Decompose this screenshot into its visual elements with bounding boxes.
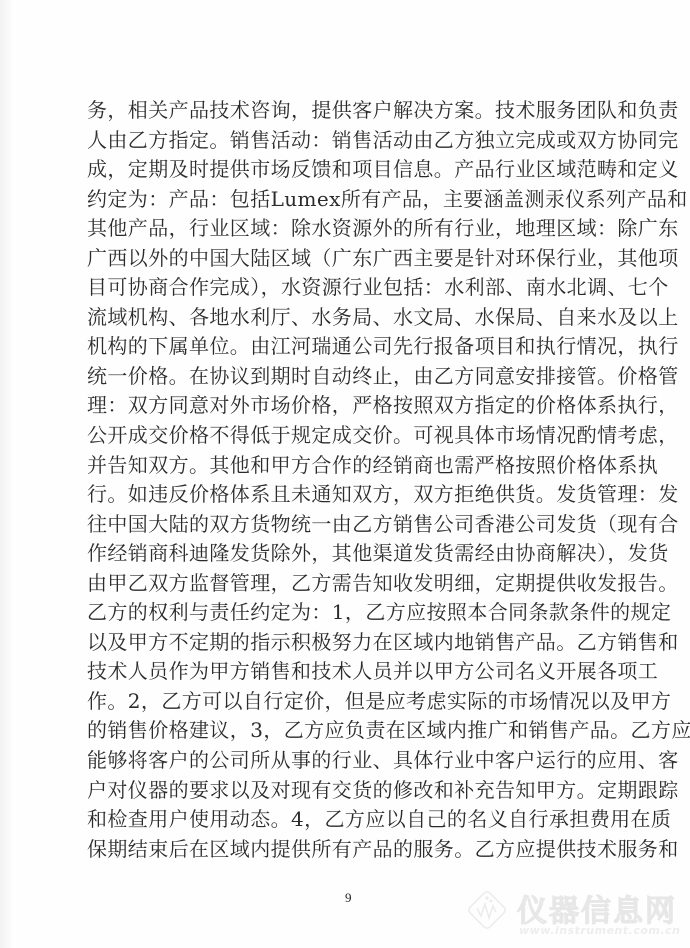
text-line: 户对仪器的要求以及对现有交货的修改和补充告知甲方。定期跟踪 bbox=[87, 776, 612, 806]
contract-body-text: 务，相关产品技术咨询，提供客户解决方案。技术服务团队和负责 人由乙方指定。销售活… bbox=[87, 96, 612, 864]
text-line: 广西以外的中国大陆区域（广东广西主要是针对环保行业，其他项 bbox=[87, 244, 612, 274]
text-line: 流域机构、各地水利厅、水务局、水文局、水保局、自来水及以上 bbox=[87, 303, 612, 333]
text-line: 的销售价格建议，3，乙方应负责在区域内推广和销售产品。乙方应 bbox=[87, 716, 612, 746]
text-line: 理：双方同意对外市场价格，严格按照双方指定的价格体系执行， bbox=[87, 391, 612, 421]
text-line: 作经销商科迪隆发货除外，其他渠道发货需经由协商解决），发货 bbox=[87, 539, 612, 569]
text-line: 作。2，乙方可以自行定价，但是应考虑实际的市场情况以及甲方 bbox=[87, 687, 612, 717]
text-line: 公开成交价格不得低于规定成交价。可视具体市场情况酌情考虑， bbox=[87, 421, 612, 451]
text-line: 目可协商合作完成），水资源行业包括：水利部、南水北调、七个 bbox=[87, 273, 612, 303]
text-line: 以及甲方不定期的指示积极努力在区域内地销售产品。乙方销售和 bbox=[87, 628, 612, 658]
text-line: 其他产品，行业区域：除水资源外的所有行业，地理区域：除广东 bbox=[87, 214, 612, 244]
text-line: 和检查用户使用动态。4，乙方应以自己的名义自行承担费用在质 bbox=[87, 805, 612, 835]
text-line: 技术人员作为甲方销售和技术人员并以甲方公司名义开展各项工 bbox=[87, 657, 612, 687]
scan-edge-shadow bbox=[0, 0, 14, 948]
text-line: 能够将客户的公司所从事的行业、具体行业中客户运行的应用、客 bbox=[87, 746, 612, 776]
text-line: 统一价格。在协议到期时自动终止，由乙方同意安排接管。价格管 bbox=[87, 362, 612, 392]
page-number: 9 bbox=[345, 890, 352, 906]
text-line: 乙方的权利与责任约定为：1，乙方应按照本合同条款条件的规定 bbox=[87, 598, 612, 628]
text-line: 务，相关产品技术咨询，提供客户解决方案。技术服务团队和负责 bbox=[87, 96, 612, 126]
text-line: 往中国大陆的双方货物统一由乙方销售公司香港公司发货（现有合 bbox=[87, 510, 612, 540]
text-line: 人由乙方指定。销售活动：销售活动由乙方独立完成或双方协同完 bbox=[87, 126, 612, 156]
document-page: 务，相关产品技术咨询，提供客户解决方案。技术服务团队和负责 人由乙方指定。销售活… bbox=[0, 0, 690, 948]
text-line: 保期结束后在区域内提供所有产品的服务。乙方应提供技术服务和 bbox=[87, 835, 612, 865]
watermark: 仪器信息网 www.instrument.com.cn bbox=[455, 884, 690, 944]
text-line: 行。如违反价格体系且未通知双方，双方拒绝供货。发货管理：发 bbox=[87, 480, 612, 510]
text-line: 成，定期及时提供市场反馈和项目信息。产品行业区域范畴和定义 bbox=[87, 155, 612, 185]
instrument-logo-icon bbox=[463, 886, 511, 934]
text-line: 由甲乙双方监督管理，乙方需告知收发明细，定期提供收发报告。 bbox=[87, 569, 612, 599]
text-line: 并告知双方。其他和甲方合作的经销商也需严格按照价格体系执 bbox=[87, 451, 612, 481]
text-line: 约定为：产品：包括Lumex所有产品，主要涵盖测汞仪系列产品和 bbox=[87, 185, 612, 215]
watermark-url-text: www.instrument.com.cn bbox=[519, 924, 680, 937]
text-line: 机构的下属单位。由江河瑞通公司先行报备项目和执行情况，执行 bbox=[87, 332, 612, 362]
